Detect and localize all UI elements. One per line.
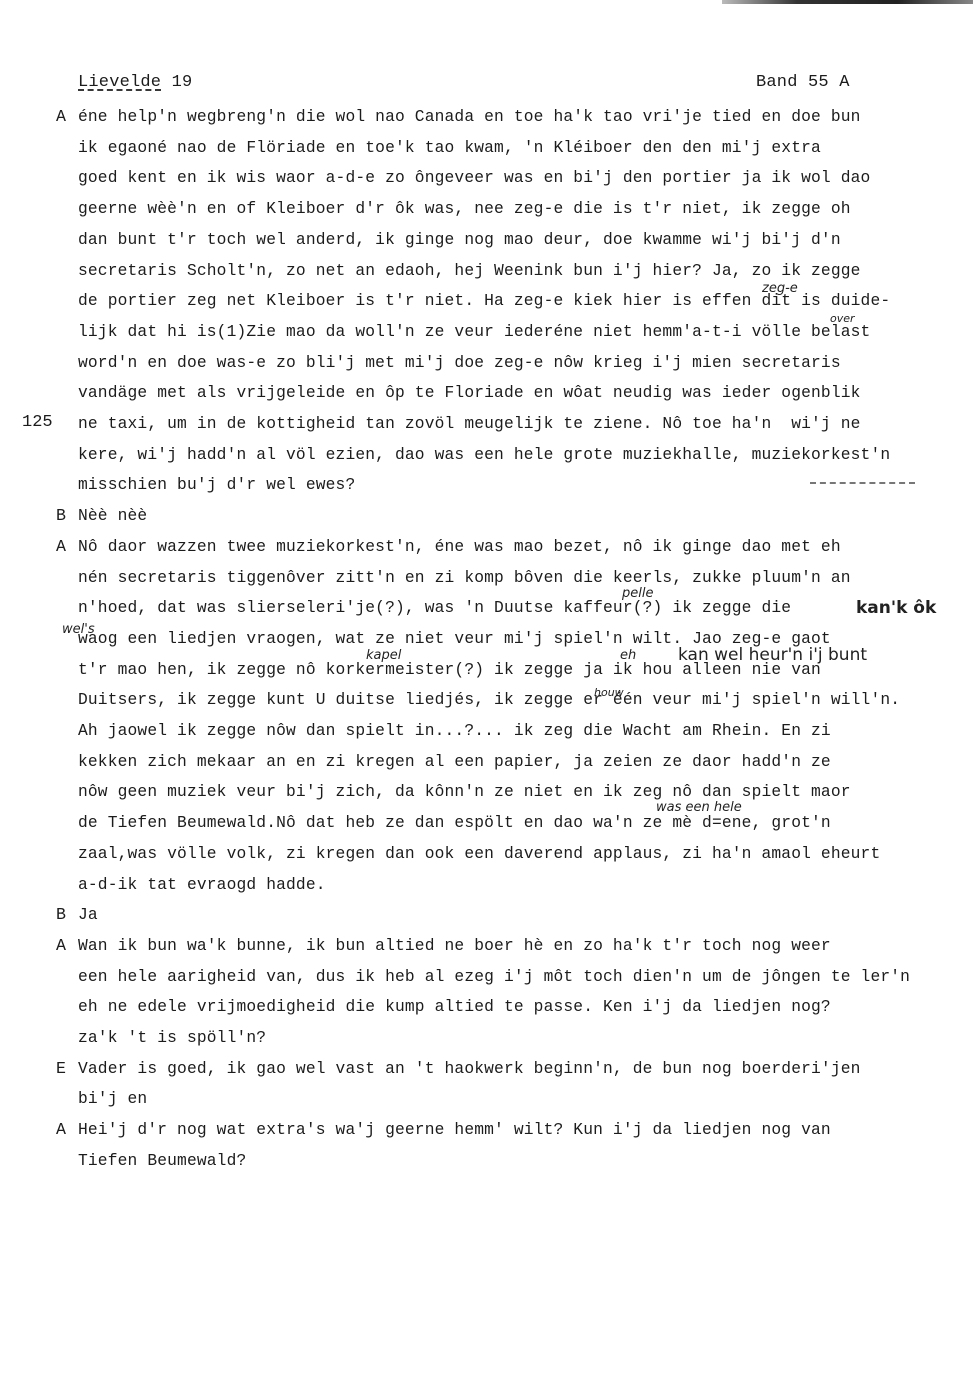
dashed-rule [810, 482, 915, 484]
transcript-line: ik egaoné nao de Flöriade en toe'k tao k… [78, 138, 821, 157]
handwritten-kan-wel-heurn: kan wel heur'n i'j bunt [678, 645, 867, 665]
page-header-location: Lievelde 19 [78, 73, 192, 92]
transcript-line: kekken zich mekaar an en zi kregen al ee… [78, 752, 831, 771]
transcript-line: zaal,was völle volk, zi kregen dan ook e… [78, 844, 880, 863]
transcript-line: Nô daor wazzen twee muziekorkest'n, éne … [78, 537, 841, 556]
handwritten-kank-ok: kan'k ôk [856, 598, 936, 618]
transcript-line: nôw geen muziek veur bi'j zich, da kônn'… [78, 782, 851, 801]
transcript-line: Duitsers, ik zegge kunt U duitse liedjés… [78, 690, 900, 709]
transcript-line: Tiefen Beumewald? [78, 1151, 246, 1170]
scan-edge-mark [722, 0, 973, 4]
handwritten-eh: eh [620, 648, 636, 663]
transcript-line: Ah jaowel ik zegge nôw dan spielt in...?… [78, 721, 831, 740]
transcript-line: word'n en doe was-e zo bli'j met mi'j do… [78, 353, 841, 372]
location-name: Lievelde [78, 73, 161, 92]
transcript-line: Nèè nèè [78, 506, 147, 525]
transcript-line: Ja [78, 905, 98, 924]
location-number: 19 [172, 73, 193, 92]
speaker-label: E [56, 1059, 66, 1078]
transcript-line: eh ne edele vrijmoedigheid die kump alti… [78, 997, 831, 1016]
transcript-line: dan bunt t'r toch wel anderd, ik ginge n… [78, 230, 841, 249]
transcript-line: nén secretaris tiggenôver zitt'n en zi k… [78, 568, 851, 587]
speaker-label: A [56, 107, 66, 126]
transcript-line: Wan ik bun wa'k bunne, ik bun altied ne … [78, 936, 831, 955]
transcript-line: n'hoed, dat was slierseleri'je(?), was '… [78, 598, 791, 617]
transcript-line: geerne wèè'n en of Kleiboer d'r ôk was, … [78, 199, 851, 218]
transcript-line: Vader is goed, ik gao wel vast an 't hao… [78, 1059, 861, 1078]
handwritten-was-een-hele: was een hele [656, 800, 742, 815]
transcript-line: a-d-ik tat evraogd hadde. [78, 875, 326, 894]
handwritten-zeg-e: zeg-e [762, 281, 798, 296]
transcript-line: goed kent en ik wis waor a-d-e zo ôngeve… [78, 168, 870, 187]
handwritten-over: over [830, 312, 855, 325]
speaker-label: A [56, 936, 66, 955]
transcript-line: ne taxi, um in de kottigheid tan zovöl m… [78, 414, 861, 433]
transcript-line: de Tiefen Beumewald.Nô dat heb ze dan es… [78, 813, 831, 832]
handwritten-houw: houw [594, 686, 624, 699]
speaker-label: A [56, 537, 66, 556]
speaker-label: A [56, 1120, 66, 1139]
handwritten-kapel: kapel [366, 648, 401, 663]
transcript-line: éne help'n wegbreng'n die wol nao Canada… [78, 107, 861, 126]
transcript-line: za'k 't is spöll'n? [78, 1028, 266, 1047]
transcript-line: bi'j en [78, 1089, 147, 1108]
transcript-line: misschien bu'j d'r wel ewes? [78, 475, 355, 494]
tape-label: Band 55 A [756, 73, 850, 92]
margin-line-number: 125 [22, 413, 53, 432]
handwritten-wels: wel's [62, 622, 95, 637]
speaker-label: B [56, 905, 66, 924]
handwritten-pelle: pelle [622, 586, 653, 601]
transcript-line: secretaris Scholt'n, zo net an edaoh, he… [78, 261, 861, 280]
transcript-line: Hei'j d'r nog wat extra's wa'j geerne he… [78, 1120, 831, 1139]
speaker-label: B [56, 506, 66, 525]
transcript-line: kere, wi'j hadd'n al völ ezien, dao was … [78, 445, 890, 464]
transcript-line: lijk dat hi is(1)Zie mao da woll'n ze ve… [78, 322, 870, 341]
transcript-line: een hele aarigheid van, dus ik heb al ez… [78, 967, 910, 986]
transcript-line: vandäge met als vrijgeleide en ôp te Flo… [78, 383, 861, 402]
